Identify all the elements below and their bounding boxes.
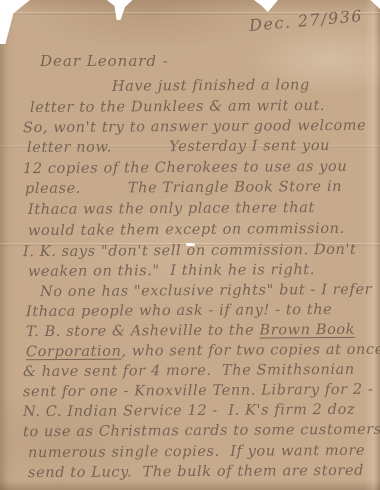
letter-line: send to Lucy. The bulk of them are store… xyxy=(28,461,364,483)
letter-line: No one has "exclusive rights" but - I re… xyxy=(40,280,372,302)
letter-line: 12 copies of the Cherokees to use as you xyxy=(23,157,347,179)
letter-line: weaken on this." I think he is right. xyxy=(28,260,315,282)
letter-line: N. C. Indian Service 12 - I. K's firm 2 … xyxy=(23,400,355,422)
letter-line: Have just finished a long xyxy=(112,75,310,96)
letter-line: Ithaca was the only place there that xyxy=(28,198,315,220)
letter-line: to use as Christmas cards to some custom… xyxy=(23,420,380,443)
letter-line: & have sent for 4 more. The Smithsonian xyxy=(23,360,355,382)
letter-line: letter to the Dunklees & am writ out. xyxy=(30,96,325,118)
letter-line: I. K. says "don't sell on commission. Do… xyxy=(23,240,357,262)
letter-line: sent for one - Knoxville Tenn. Library f… xyxy=(23,380,374,402)
letter-paper: Dec. 27/936 Dear Leonard - Have just fin… xyxy=(0,0,380,490)
letter-line: T. B. store & Asheville to the Brown Boo… xyxy=(26,320,355,342)
letter-line: would take them except on commission. xyxy=(28,219,345,241)
letter-line: Ithaca people who ask - if any! - to the xyxy=(26,300,332,322)
letter-line: So, won't try to answer your good welcom… xyxy=(23,116,366,138)
letter-line: Corporation, who sent for two copies at … xyxy=(26,340,380,362)
letter-line: please. The Triangle Book Store in xyxy=(25,177,342,199)
letter-date: Dec. 27/936 xyxy=(248,6,363,35)
letter-line: numerous single copies. If you want more xyxy=(28,441,365,463)
letter-salutation: Dear Leonard - xyxy=(40,52,169,70)
letter-line: letter now. Yesterday I sent you xyxy=(27,136,330,158)
